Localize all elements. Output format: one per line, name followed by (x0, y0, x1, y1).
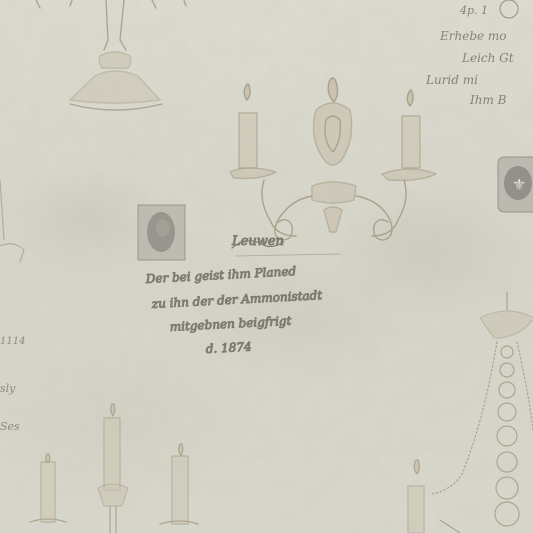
svg-text:Ihm B: Ihm B (469, 93, 507, 107)
svg-text:Leich Gt: Leich Gt (461, 51, 514, 65)
fleur-de-lis-stamp-illustration: ⚜ (498, 157, 533, 212)
svg-text:4p. 1: 4p. 1 (459, 4, 488, 17)
svg-text:Ses: Ses (0, 420, 20, 433)
svg-text:Lurid mi: Lurid mi (425, 73, 478, 87)
wallpaper-canvas: ⚜ Leuwen Der bei geist ihm Planed zu ihn… (0, 0, 533, 533)
svg-text:Erhebe mo: Erhebe mo (439, 29, 507, 43)
wallpaper-illustration: ⚜ Leuwen Der bei geist ihm Planed zu ihn… (0, 0, 533, 533)
svg-text:sly: sly (0, 382, 16, 395)
fleur-de-lis-icon: ⚜ (512, 175, 526, 194)
portrait-stamp-illustration (138, 205, 185, 260)
svg-text:1114: 1114 (0, 336, 25, 347)
script-title: Leuwen (231, 234, 284, 249)
script-line-4: d. 1874 (205, 340, 252, 356)
